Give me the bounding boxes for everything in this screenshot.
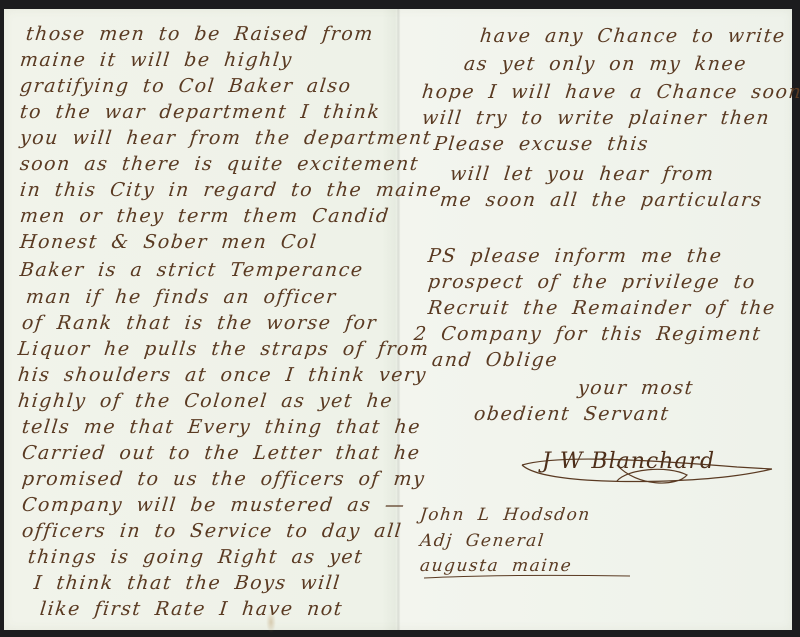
- text-line: prospect of the privilege to: [427, 271, 757, 293]
- address-line: augusta maine: [419, 556, 573, 576]
- text-line: and Oblige: [431, 349, 559, 371]
- text-line: will let you hear from: [449, 163, 716, 185]
- text-line: as yet only on my knee: [463, 53, 748, 75]
- ink-stain: [266, 611, 276, 633]
- closing-line: your most: [577, 377, 695, 399]
- text-line: his shoulders at once I think very: [17, 364, 428, 386]
- text-line: Honest & Sober men Col: [19, 231, 319, 253]
- address-underline: [422, 574, 632, 580]
- text-line: like first Rate I have not: [39, 598, 344, 620]
- text-line: in this City in regard to the maine: [19, 179, 444, 201]
- text-line: will try to write plainer then: [421, 107, 771, 129]
- text-line: soon as there is quite excitement: [19, 153, 420, 175]
- text-line: Company will be mustered as —: [21, 494, 407, 516]
- text-line: me soon all the particulars: [439, 189, 764, 211]
- text-line: of Rank that is the worse for: [21, 312, 378, 334]
- text-line: Carried out to the Letter that he: [21, 442, 422, 464]
- right-page: have any Chance to write as yet only on …: [402, 9, 792, 630]
- text-line: to the war department I think: [19, 101, 382, 123]
- text-line: have any Chance to write: [479, 25, 787, 47]
- signature: J W Blanchard: [542, 449, 715, 474]
- left-page: those men to be Raised from maine it wil…: [4, 9, 399, 630]
- text-line: tells me that Every thing that he: [21, 416, 422, 438]
- text-line: promised to us the officers of my: [21, 468, 427, 490]
- text-line: Baker is a strict Temperance: [19, 259, 365, 281]
- text-line: those men to be Raised from: [25, 23, 375, 45]
- address-line: John L Hodsdon: [419, 505, 592, 525]
- text-line: hope I will have a Chance soon: [421, 81, 800, 103]
- text-line: I think that the Boys will: [33, 572, 342, 594]
- address-line: Adj General: [419, 531, 546, 551]
- text-line: Recruit the Remainder of the: [427, 297, 777, 319]
- text-line: 2 Company for this Regiment: [413, 323, 763, 345]
- text-line: highly of the Colonel as yet he: [17, 390, 394, 412]
- text-line: men or they term them Candid: [19, 205, 391, 227]
- text-line: you will hear from the department: [19, 127, 433, 149]
- text-line: PS please inform me the: [427, 245, 724, 267]
- text-line: maine it will be highly: [19, 49, 294, 71]
- letter-sheet: those men to be Raised from maine it wil…: [4, 9, 792, 630]
- closing-line: obedient Servant: [473, 403, 671, 425]
- text-line: officers in to Service to day all: [21, 520, 404, 542]
- text-line: gratifying to Col Baker also: [19, 75, 353, 97]
- text-line: Please excuse this: [433, 133, 650, 155]
- text-line: things is going Right as yet: [27, 546, 365, 568]
- text-line: man if he finds an officer: [25, 286, 338, 308]
- text-line: Liquor he pulls the straps of from: [17, 338, 431, 360]
